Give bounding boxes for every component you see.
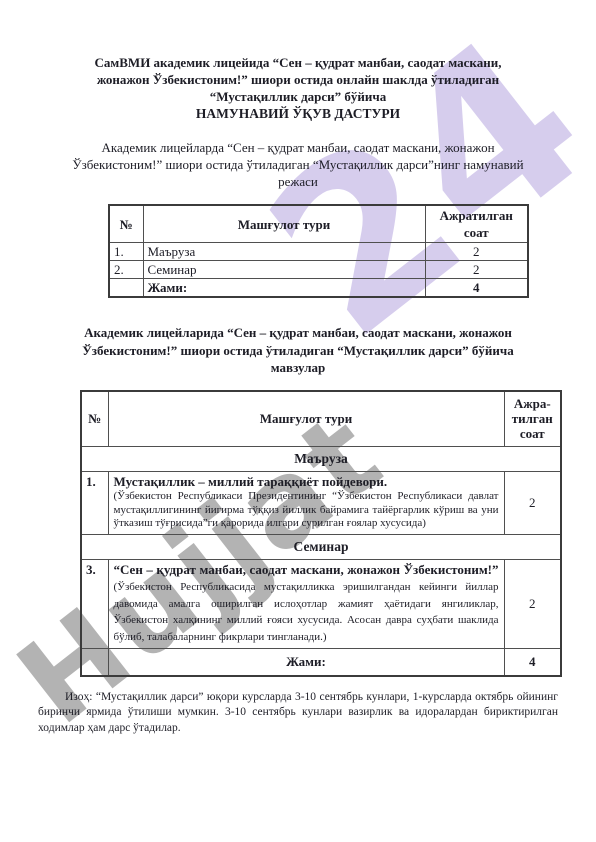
topics-table-header-row: № Машғулот тури Ажра-тилган соат <box>81 391 561 447</box>
seminar-row-body: “Сен – қудрат манбаи, саодат маскани, жо… <box>108 559 504 648</box>
section-row-seminar: Семинар <box>81 534 561 559</box>
plan-row1-type: Маъруза <box>143 243 425 261</box>
footnote: Изоҳ: “Мустақиллик дарси” юқори курслард… <box>38 690 558 737</box>
plan-row2-hours: 2 <box>425 261 528 279</box>
lecture-row-hours: 2 <box>504 471 561 534</box>
plan-total-label: Жами: <box>143 279 425 298</box>
document-page: Hujjat 24 СамВМИ академик лицейида “Сен … <box>0 0 596 842</box>
lecture-row-detail: (Ўзбекистон Республикаси Президентининг … <box>114 490 499 531</box>
lecture-row-number: 1. <box>81 471 108 534</box>
plan-table: № Машғулот тури Ажратилган соат 1. Маъру… <box>108 204 529 298</box>
lecture-row-body: Мустақиллик – миллий тараққиёт пойдевори… <box>108 471 504 534</box>
plan-row1-hours: 2 <box>425 243 528 261</box>
plan-total-hours: 4 <box>425 279 528 298</box>
plan-row1-number: 1. <box>109 243 143 261</box>
table-row: 1. Маъруза 2 <box>109 243 528 261</box>
plan-table-header-row: № Машғулот тури Ажратилган соат <box>109 205 528 243</box>
topics-total-row: Жами: 4 <box>81 648 561 676</box>
document-title: СамВМИ академик лицейида “Сен – қудрат м… <box>78 54 518 105</box>
topics-table: № Машғулот тури Ажра-тилган соат Маъруза… <box>80 390 562 677</box>
seminar-row-detail: (Ўзбекистон Республикасида мустақилликка… <box>114 581 499 643</box>
document-content: СамВМИ академик лицейида “Сен – қудрат м… <box>0 0 596 736</box>
topics-total-label: Жами: <box>108 648 504 676</box>
plan-total-row: Жами: 4 <box>109 279 528 298</box>
plan-col-hours: Ажратилган соат <box>425 205 528 243</box>
topics-total-empty-cell <box>81 648 108 676</box>
document-subtitle: НАМУНАВИЙ ЎҚУВ ДАСТУРИ <box>78 105 518 122</box>
seminar-topic-row: 3. “Сен – қудрат манбаи, саодат маскани,… <box>81 559 561 648</box>
table-row: 2. Семинар 2 <box>109 261 528 279</box>
lecture-topic-row: 1. Мустақиллик – миллий тараққиёт пойдев… <box>81 471 561 534</box>
section-lecture-label: Маъруза <box>81 446 561 471</box>
topics-total-hours: 4 <box>504 648 561 676</box>
plan-row2-type: Семинар <box>143 261 425 279</box>
topics-heading: Академик лицейларида “Сен – қудрат манба… <box>73 324 523 377</box>
seminar-row-title: “Сен – қудрат манбаи, саодат маскани, жо… <box>114 562 499 577</box>
topics-col-type: Машғулот тури <box>108 391 504 447</box>
section-row-lecture: Маъруза <box>81 446 561 471</box>
seminar-row-number: 3. <box>81 559 108 648</box>
section-seminar-label: Семинар <box>81 534 561 559</box>
plan-col-number: № <box>109 205 143 243</box>
plan-total-empty-cell <box>109 279 143 298</box>
topics-col-number: № <box>81 391 108 447</box>
lecture-row-title: Мустақиллик – миллий тараққиёт пойдевори… <box>114 474 499 491</box>
seminar-row-hours: 2 <box>504 559 561 648</box>
topics-col-hours: Ажра-тилган соат <box>504 391 561 447</box>
intro-paragraph: Академик лицейларда “Сен – қудрат манбаи… <box>59 139 537 190</box>
plan-col-type: Машғулот тури <box>143 205 425 243</box>
plan-row2-number: 2. <box>109 261 143 279</box>
